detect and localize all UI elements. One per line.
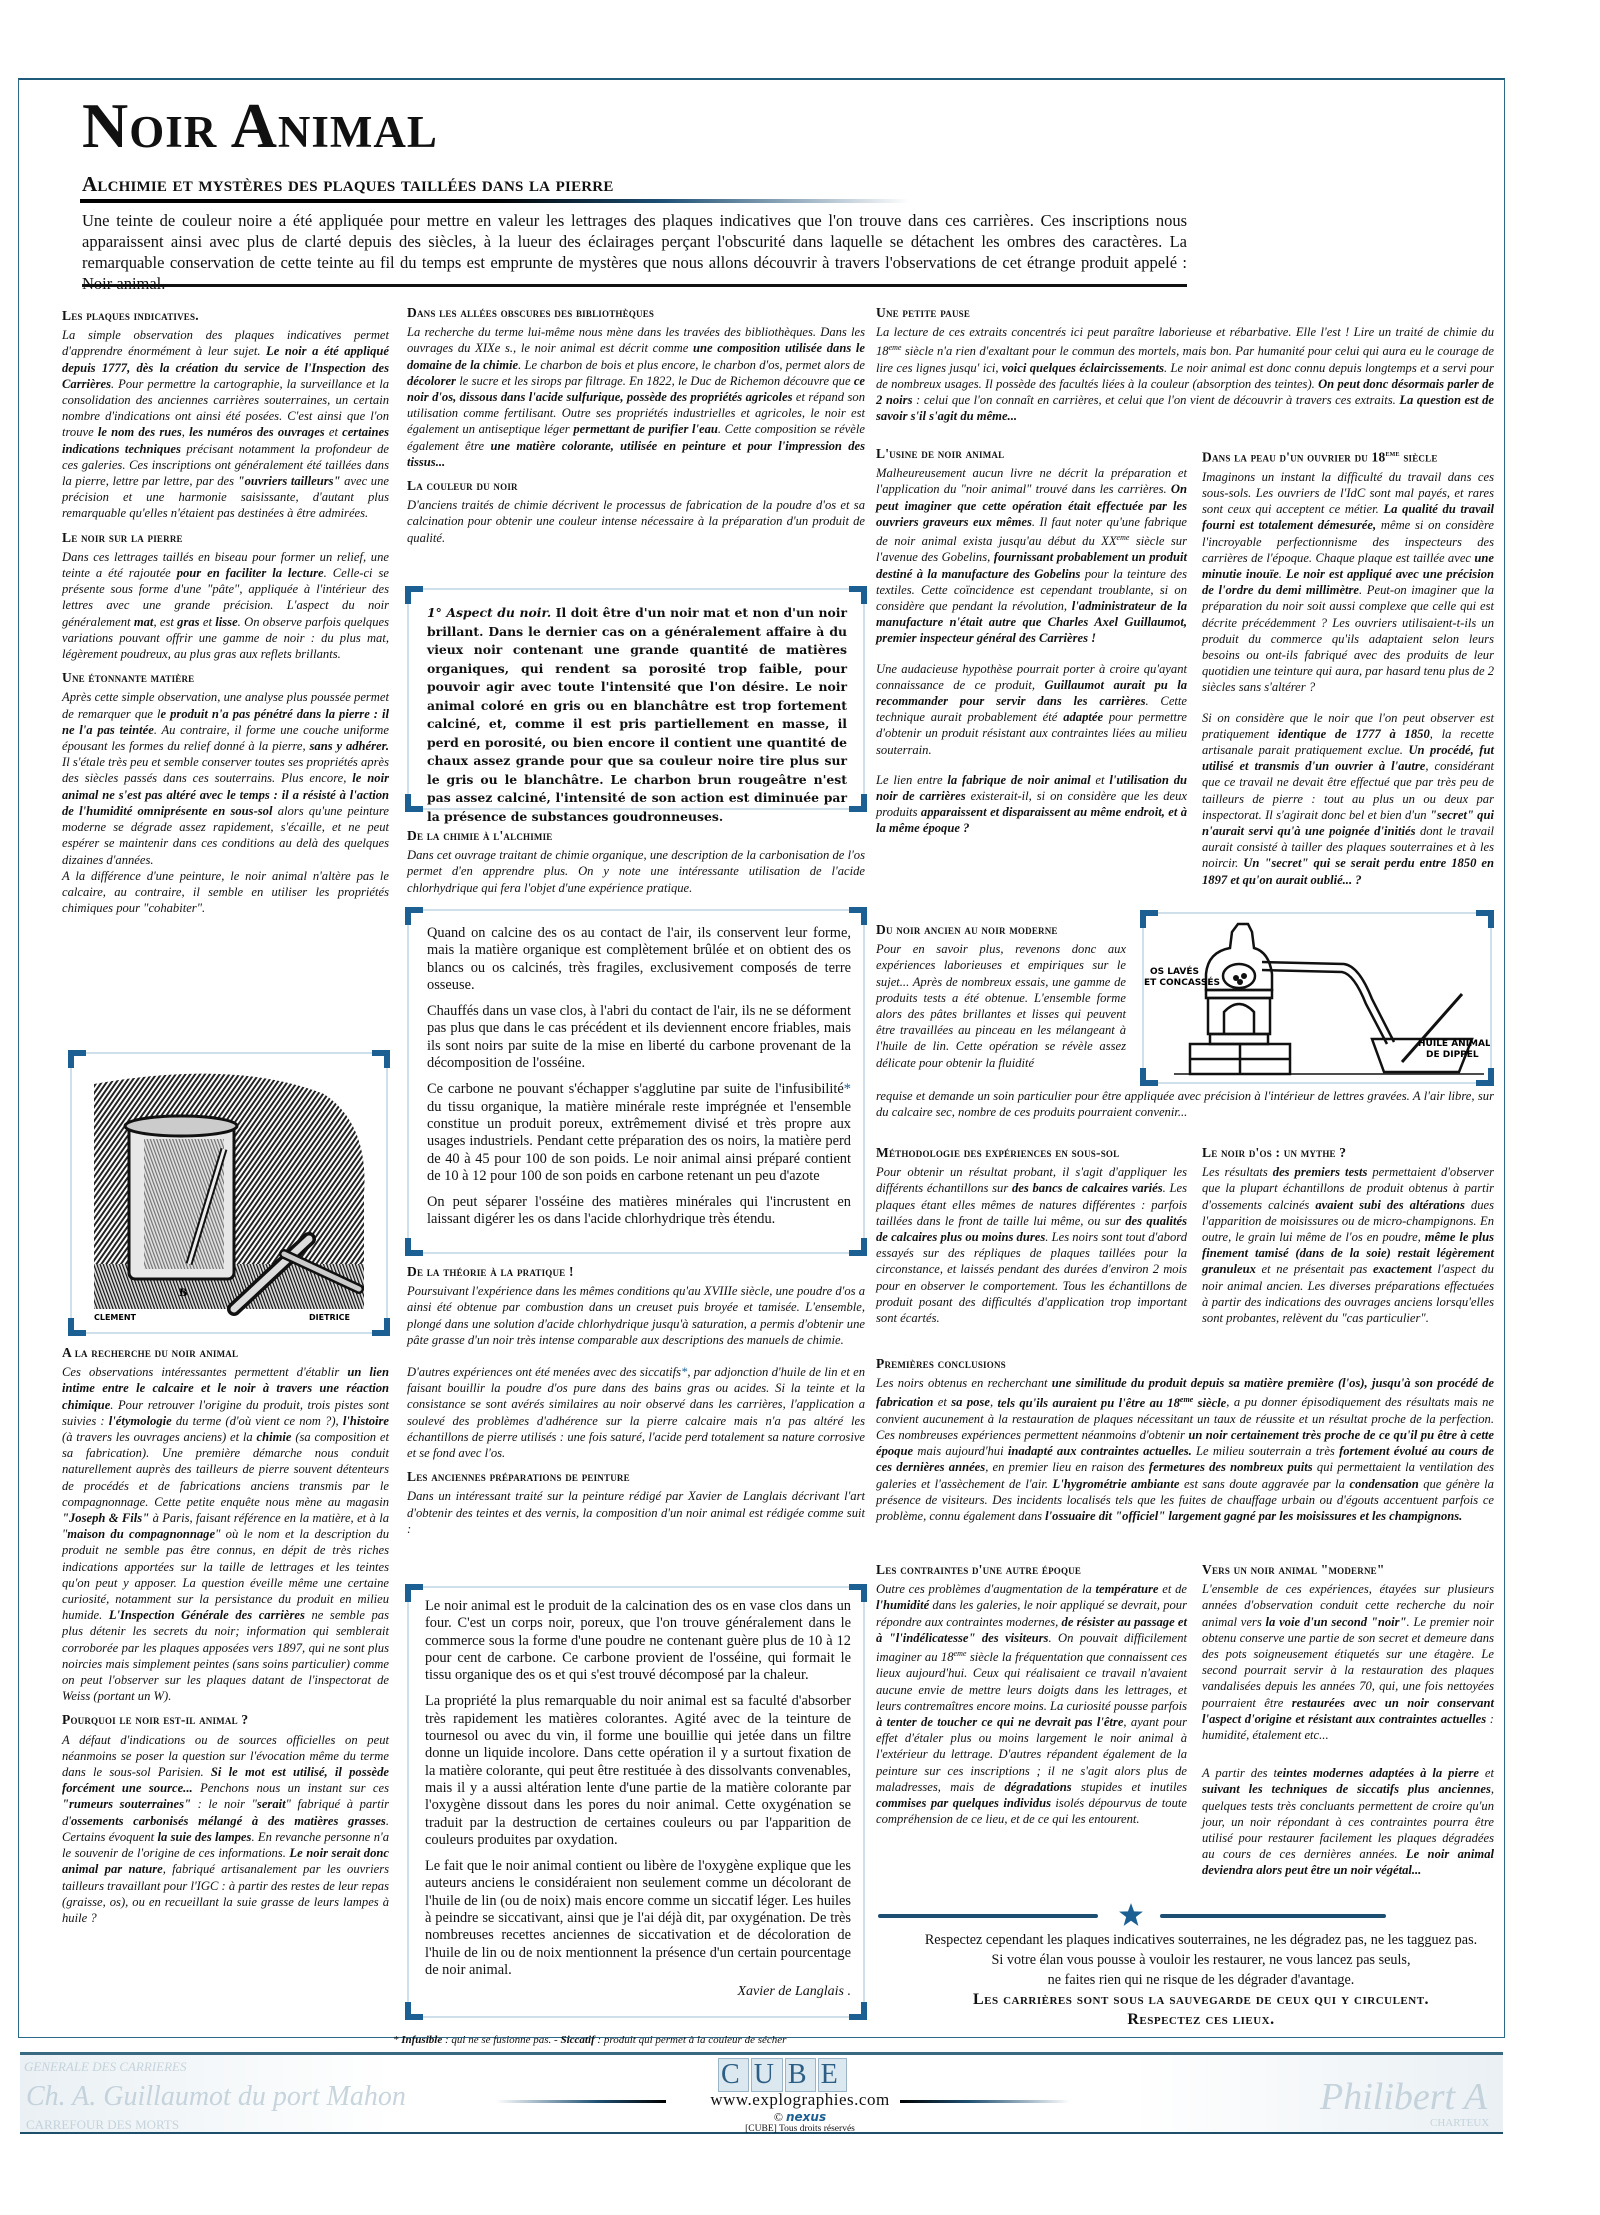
- svg-text:OS LAVÉS: OS LAVÉS: [1150, 965, 1199, 977]
- section-body: Le lien entre la fabrique de noir animal…: [876, 772, 1187, 837]
- section-heading: Premières conclusions: [876, 1356, 1494, 1372]
- column-3-vers: Vers un noir animal "moderne" L'ensemble…: [1202, 1562, 1494, 1887]
- rights-reserved: [CUBE] Tous droits réservés: [0, 2124, 1600, 2134]
- column-3-methodo: Méthodologie des expériences en sous-sol…: [876, 1145, 1187, 1334]
- section-heading: Le noir d'os : un mythe ?: [1202, 1145, 1494, 1161]
- engraving-label-center: B: [179, 1288, 187, 1299]
- section-heading: Le noir sur la pierre: [62, 530, 389, 546]
- section-body: L'ensemble de ces expériences, étayées s…: [1202, 1581, 1494, 1743]
- title-divider: [80, 199, 910, 203]
- section-heading: La couleur du noir: [407, 478, 865, 494]
- section-body: Dans un intéressant traité sur la peintu…: [407, 1488, 865, 1537]
- distillation-furnace-diagram: OS LAVÉS ET CONCASSÉS HUILE ANIMALE DE D…: [1144, 914, 1490, 1082]
- section-body: A défaut d'indications ou de sources off…: [62, 1732, 389, 1926]
- section-body: D'autres expériences ont été menées avec…: [407, 1364, 865, 1461]
- column-3-mythe: Le noir d'os : un mythe ? Les résultats …: [1202, 1145, 1494, 1334]
- section-body: La lecture de ces extraits concentrés ic…: [876, 324, 1494, 424]
- quote-text: Le noir animal est le produit de la calc…: [425, 1598, 851, 2001]
- section-body: Si on considère que le noir que l'on peu…: [1202, 710, 1494, 888]
- column-3a: L'usine de noir animal Malheureusement a…: [876, 446, 1187, 845]
- section-body: Après cette simple observation, une anal…: [62, 689, 389, 867]
- section-body: Les noirs obtenus en recherchant une sim…: [876, 1375, 1494, 1524]
- page-title: Noir Animal: [82, 94, 438, 158]
- section-heading: Du noir ancien au noir moderne: [876, 922, 1126, 938]
- svg-text:DE DIPPEL: DE DIPPEL: [1426, 1050, 1479, 1060]
- quote-box-langlais: Le noir animal est le produit de la calc…: [407, 1586, 865, 2018]
- engraving-label-left: CLEMENT: [94, 1313, 137, 1322]
- section-body: A partir des teintes modernes adaptées à…: [1202, 1765, 1494, 1878]
- column-1-lower: A la recherche du noir animal Ces observ…: [62, 1345, 389, 1934]
- engraving-frame: CLEMENT DIETRICE B: [70, 1052, 388, 1334]
- section-body: Dans ces lettrages taillés en biseau pou…: [62, 549, 389, 662]
- column-2: Dans les allées obscures des bibliothèqu…: [407, 305, 865, 554]
- section-body: La simple observation des plaques indica…: [62, 327, 389, 521]
- star-icon: [1118, 1902, 1144, 1928]
- section-body: requise et demande un soin particulier p…: [876, 1088, 1494, 1120]
- column-1: Les plaques indicatives. La simple obser…: [62, 308, 389, 924]
- column-3b: Dans la peau d'un ouvrier du 18eme siècl…: [1202, 446, 1494, 896]
- page-subtitle: Alchimie et mystères des plaques taillée…: [82, 172, 614, 197]
- section-heading: Une petite pause: [876, 305, 1494, 321]
- section-heading: A la recherche du noir animal: [62, 1345, 389, 1361]
- star-separator: [878, 1904, 1520, 1926]
- svg-text:ET CONCASSÉS: ET CONCASSÉS: [1144, 976, 1220, 988]
- section-heading: Dans les allées obscures des bibliothèqu…: [407, 305, 865, 321]
- closing-message: Respectez cependant les plaques indicati…: [876, 1930, 1526, 2030]
- intro-paragraph: Une teinte de couleur noire a été appliq…: [82, 210, 1187, 294]
- section-heading: Vers un noir animal "moderne": [1202, 1562, 1494, 1578]
- cube-logo: CUBE: [718, 2058, 849, 2092]
- column-3-moderne-cont: requise et demande un soin particulier p…: [876, 1088, 1494, 1128]
- footer-decor-text: GENERALE DES CARRIERES: [24, 2059, 186, 2075]
- section-heading: Les plaques indicatives.: [62, 308, 389, 324]
- section-heading: De la chimie à l'alchimie: [407, 828, 865, 844]
- section-heading: Les anciennes préparations de peinture: [407, 1469, 865, 1485]
- engraving-label-right: DIETRICE: [309, 1313, 350, 1322]
- column-2-lower: De la théorie à la pratique ! Poursuivan…: [407, 1264, 865, 1545]
- bone-jar-engraving: CLEMENT DIETRICE B: [84, 1064, 374, 1324]
- section-body: Pour obtenir un résultat probant, il s'a…: [876, 1164, 1187, 1326]
- nexus-logo: nexus: [786, 2110, 826, 2124]
- section-heading: Une étonnante matière: [62, 670, 389, 686]
- section-heading: De la théorie à la pratique !: [407, 1264, 865, 1280]
- section-body: Les résultats des premiers tests permett…: [1202, 1164, 1494, 1326]
- quote-text: Quand on calcine des os au contact de l'…: [427, 925, 851, 1229]
- intro-divider: [82, 284, 1187, 287]
- section-body: D'anciens traités de chimie décrivent le…: [407, 497, 865, 546]
- section-heading: L'usine de noir animal: [876, 446, 1187, 462]
- quote-box-aspect: 1° Aspect du noir. Il doit être d'un noi…: [407, 588, 865, 810]
- distillation-diagram-frame: OS LAVÉS ET CONCASSÉS HUILE ANIMALE DE D…: [1142, 912, 1492, 1084]
- column-3-pause: Une petite pause La lecture de ces extra…: [876, 305, 1494, 433]
- quote-signature: Xavier de Langlais .: [425, 1983, 851, 2000]
- section-body: Pour en savoir plus, revenons donc aux e…: [876, 941, 1126, 1071]
- section-body: Ces observations intéressantes permetten…: [62, 1364, 389, 1704]
- section-heading: Méthodologie des expériences en sous-sol: [876, 1145, 1187, 1161]
- column-2-mid: De la chimie à l'alchimie Dans cet ouvra…: [407, 828, 865, 904]
- footnote: * Infusible : qui ne se fusionne pas. - …: [393, 2034, 786, 2046]
- column-3-conclusions: Premières conclusions Les noirs obtenus …: [876, 1356, 1494, 1532]
- section-body: A la différence d'une peinture, le noir …: [62, 868, 389, 917]
- section-body: Une audacieuse hypothèse pourrait porter…: [876, 661, 1187, 758]
- copyright: © nexus: [0, 2110, 1600, 2125]
- column-3-contraintes: Les contraintes d'une autre époque Outre…: [876, 1562, 1187, 1835]
- quote-box-calcination: Quand on calcine des os au contact de l'…: [407, 909, 865, 1254]
- section-body: Malheureusement aucun livre ne décrit la…: [876, 465, 1187, 646]
- section-body: Imaginons un instant la difficulté du tr…: [1202, 469, 1494, 696]
- quote-text: 1° Aspect du noir. Il doit être d'un noi…: [427, 604, 847, 826]
- section-body: Dans cet ouvrage traitant de chimie orga…: [407, 847, 865, 896]
- website-link[interactable]: www.explographies.com: [0, 2090, 1600, 2110]
- section-heading: Les contraintes d'une autre époque: [876, 1562, 1187, 1578]
- section-heading: Dans la peau d'un ouvrier du 18eme siècl…: [1202, 446, 1494, 466]
- svg-text:HUILE ANIMALE: HUILE ANIMALE: [1418, 1039, 1490, 1049]
- section-heading: Pourquoi le noir est-il animal ?: [62, 1712, 389, 1728]
- section-body: Poursuivant l'expérience dans les mêmes …: [407, 1283, 865, 1348]
- section-body: Outre ces problèmes d'augmentation de la…: [876, 1581, 1187, 1827]
- section-body: La recherche du terme lui-même nous mène…: [407, 324, 865, 470]
- column-3-moderne: Du noir ancien au noir moderne Pour en s…: [876, 922, 1126, 1071]
